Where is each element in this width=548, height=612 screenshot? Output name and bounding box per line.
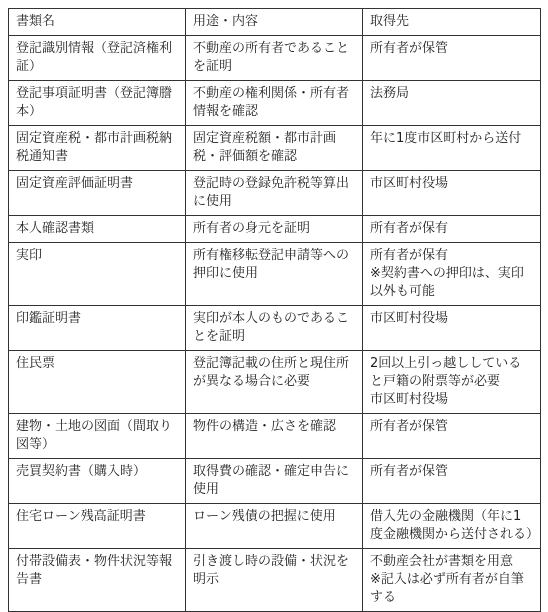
cell-purpose: 取得費の確認・確定申告に使用 [186,459,363,504]
cell-source: 市区町村役場 [363,171,541,216]
cell-document-name: 固定資産評価証明書 [9,171,186,216]
cell-document-name: 付帯設備表・物件状況等報告書 [9,549,186,612]
cell-source: 年に1度市区町村から送付 [363,126,541,171]
cell-source: 所有者が保管 [363,459,541,504]
table-row: 実印 所有権移転登記申請等への押印に使用 所有者が保有 ※契約書への押印は、実印… [9,243,541,306]
cell-purpose: ローン残債の把握に使用 [186,504,363,549]
header-source: 取得先 [363,9,541,36]
cell-purpose: 実印が本人のものであることを証明 [186,306,363,351]
table-row: 固定資産税・都市計画税納税通知書 固定資産税額・都市計画税・評価額を確認 年に1… [9,126,541,171]
cell-purpose: 登記簿記載の住所と現住所が異なる場合に必要 [186,351,363,414]
cell-source: 所有者が保管 [363,414,541,459]
cell-purpose: 所有者の身元を証明 [186,216,363,243]
table-row: 付帯設備表・物件状況等報告書 引き渡し時の設備・状況を明示 不動産会社が書類を用… [9,549,541,612]
table-row: 印鑑証明書 実印が本人のものであることを証明 市区町村役場 [9,306,541,351]
document-page: 書類名 用途・内容 取得先 登記識別情報（登記済権利証） 不動産の所有者であるこ… [0,0,548,597]
cell-document-name: 本人確認書類 [9,216,186,243]
cell-source: 市区町村役場 [363,306,541,351]
cell-purpose: 引き渡し時の設備・状況を明示 [186,549,363,612]
cell-document-name: 固定資産税・都市計画税納税通知書 [9,126,186,171]
cell-document-name: 登記識別情報（登記済権利証） [9,36,186,81]
header-purpose: 用途・内容 [186,9,363,36]
cell-purpose: 固定資産税額・都市計画税・評価額を確認 [186,126,363,171]
table-row: 住民票 登記簿記載の住所と現住所が異なる場合に必要 2回以上引っ越ししていると戸… [9,351,541,414]
cell-purpose: 登記時の登録免許税等算出に使用 [186,171,363,216]
table-row: 住宅ローン残高証明書 ローン残債の把握に使用 借入先の金融機関（年に1度金融機関… [9,504,541,549]
cell-purpose: 不動産の所有者であることを証明 [186,36,363,81]
table-row: 本人確認書類 所有者の身元を証明 所有者が保有 [9,216,541,243]
documents-table: 書類名 用途・内容 取得先 登記識別情報（登記済権利証） 不動産の所有者であるこ… [8,8,541,612]
cell-purpose: 所有権移転登記申請等への押印に使用 [186,243,363,306]
cell-source: 所有者が保管 [363,36,541,81]
table-row: 固定資産評価証明書 登記時の登録免許税等算出に使用 市区町村役場 [9,171,541,216]
cell-purpose: 物件の構造・広さを確認 [186,414,363,459]
header-document-name: 書類名 [9,9,186,36]
cell-source: 不動産会社が書類を用意 ※記入は必ず所有者が自筆する [363,549,541,612]
table-row: 建物・土地の図面（間取り図等） 物件の構造・広さを確認 所有者が保管 [9,414,541,459]
cell-document-name: 売買契約書（購入時） [9,459,186,504]
cell-document-name: 住民票 [9,351,186,414]
cell-document-name: 登記事項証明書（登記簿謄本） [9,81,186,126]
table-row: 登記識別情報（登記済権利証） 不動産の所有者であることを証明 所有者が保管 [9,36,541,81]
cell-document-name: 印鑑証明書 [9,306,186,351]
cell-source: 所有者が保有 ※契約書への押印は、実印以外も可能 [363,243,541,306]
table-header-row: 書類名 用途・内容 取得先 [9,9,541,36]
cell-document-name: 実印 [9,243,186,306]
table-row: 登記事項証明書（登記簿謄本） 不動産の権利関係・所有者情報を確認 法務局 [9,81,541,126]
cell-source: 所有者が保有 [363,216,541,243]
cell-document-name: 建物・土地の図面（間取り図等） [9,414,186,459]
cell-document-name: 住宅ローン残高証明書 [9,504,186,549]
table-row: 売買契約書（購入時） 取得費の確認・確定申告に使用 所有者が保管 [9,459,541,504]
cell-source: 借入先の金融機関（年に1度金融機関から送付される） [363,504,541,549]
cell-source: 2回以上引っ越ししていると戸籍の附票等が必要 市区町村役場 [363,351,541,414]
cell-source: 法務局 [363,81,541,126]
cell-purpose: 不動産の権利関係・所有者情報を確認 [186,81,363,126]
